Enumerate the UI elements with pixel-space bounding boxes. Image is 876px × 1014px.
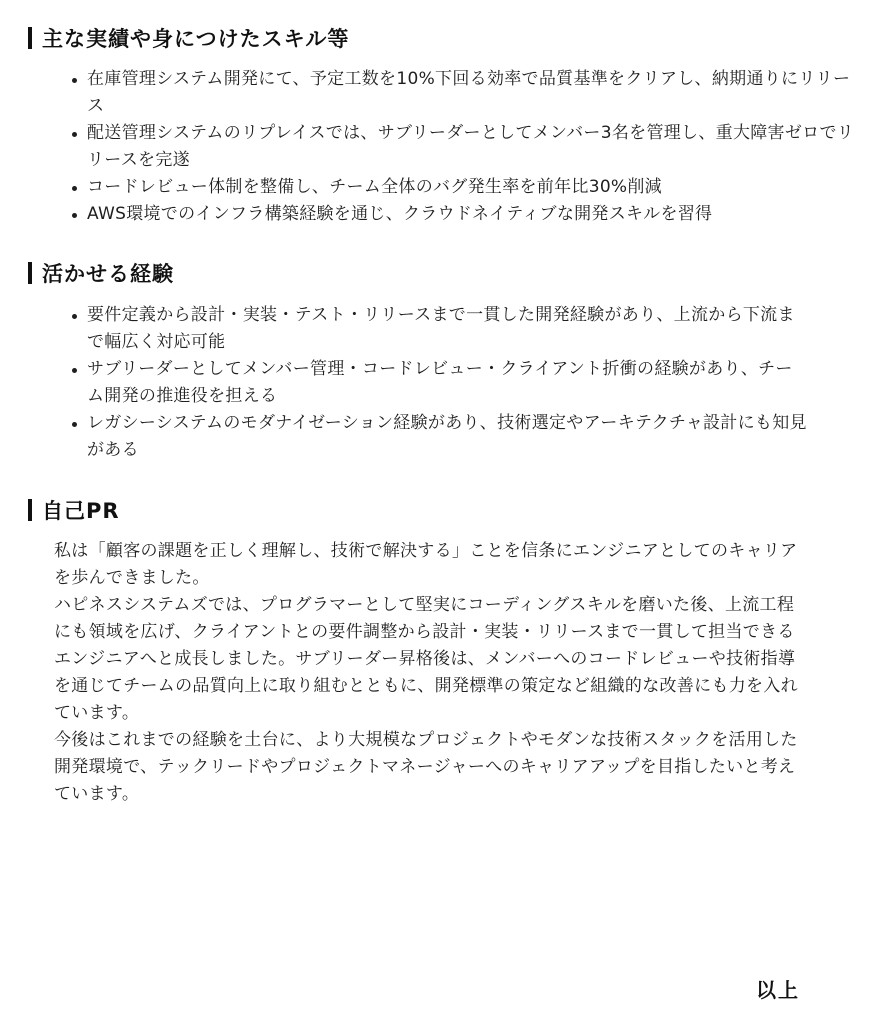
- section-heading-achievements: 主な実績や身につけたスキル等: [28, 24, 349, 52]
- heading-title: 主な実績や身につけたスキル等: [42, 23, 349, 53]
- heading-bar-icon: [28, 262, 32, 284]
- list-item-text: レガシーシステムのモダナイゼーション経験があり、技術選定やアーキテクチャ設計にも…: [87, 413, 807, 460]
- list-item: 配送管理システムのリプレイスでは、サブリーダーとしてメンバー3名を管理し、重大障…: [0, 120, 858, 174]
- list-item-text: AWS環境でのインフラ構築経験を通じ、クラウドネイティブな開発スキルを習得: [87, 204, 712, 224]
- heading-bar-icon: [28, 499, 32, 521]
- list-item-text: 配送管理システムのリプレイスでは、サブリーダーとしてメンバー3名を管理し、重大障…: [87, 123, 854, 170]
- self-pr-body: 私は「顧客の課題を正しく理解し、技術で解決する」ことを信条にエンジニアとしてのキ…: [54, 538, 804, 808]
- list-item: 在庫管理システム開発にて、予定工数を10%下回る効率で品質基準をクリアし、納期通…: [0, 66, 858, 120]
- bullet-icon: [72, 132, 77, 137]
- heading-title: 活かせる経験: [42, 258, 174, 288]
- closing-mark: 以上: [756, 974, 800, 1003]
- self-pr-paragraph: 今後はこれまでの経験を土台に、より大規模なプロジェクトやモダンな技術スタックを活…: [54, 727, 804, 808]
- achievements-list: 在庫管理システム開発にて、予定工数を10%下回る効率で品質基準をクリアし、納期通…: [0, 66, 858, 228]
- list-item: AWS環境でのインフラ構築経験を通じ、クラウドネイティブな開発スキルを習得: [0, 201, 858, 228]
- list-item: 要件定義から設計・実装・テスト・リリースまで一貫した開発経験があり、上流から下流…: [0, 302, 808, 356]
- bullet-icon: [72, 368, 77, 373]
- heading-title: 自己PR: [42, 495, 120, 525]
- list-item-text: コードレビュー体制を整備し、チーム全体のバグ発生率を前年比30%削減: [87, 177, 662, 197]
- resume-page: 主な実績や身につけたスキル等 在庫管理システム開発にて、予定工数を10%下回る効…: [0, 0, 876, 1014]
- section-heading-experience: 活かせる経験: [28, 259, 174, 287]
- bullet-icon: [72, 422, 77, 427]
- list-item-text: 要件定義から設計・実装・テスト・リリースまで一貫した開発経験があり、上流から下流…: [87, 305, 795, 352]
- section-heading-self-pr: 自己PR: [28, 496, 120, 524]
- list-item-text: 在庫管理システム開発にて、予定工数を10%下回る効率で品質基準をクリアし、納期通…: [87, 69, 850, 116]
- self-pr-paragraph: 私は「顧客の課題を正しく理解し、技術で解決する」ことを信条にエンジニアとしてのキ…: [54, 538, 804, 592]
- self-pr-paragraph: ハピネスシステムズでは、プログラマーとして堅実にコーディングスキルを磨いた後、上…: [54, 592, 804, 727]
- bullet-icon: [72, 213, 77, 218]
- experience-list: 要件定義から設計・実装・テスト・リリースまで一貫した開発経験があり、上流から下流…: [0, 302, 808, 464]
- bullet-icon: [72, 314, 77, 319]
- bullet-icon: [72, 78, 77, 83]
- list-item: サブリーダーとしてメンバー管理・コードレビュー・クライアント折衝の経験があり、チ…: [0, 356, 808, 410]
- bullet-icon: [72, 186, 77, 191]
- list-item-text: サブリーダーとしてメンバー管理・コードレビュー・クライアント折衝の経験があり、チ…: [87, 359, 793, 406]
- list-item: コードレビュー体制を整備し、チーム全体のバグ発生率を前年比30%削減: [0, 174, 858, 201]
- list-item: レガシーシステムのモダナイゼーション経験があり、技術選定やアーキテクチャ設計にも…: [0, 410, 808, 464]
- heading-bar-icon: [28, 27, 32, 49]
